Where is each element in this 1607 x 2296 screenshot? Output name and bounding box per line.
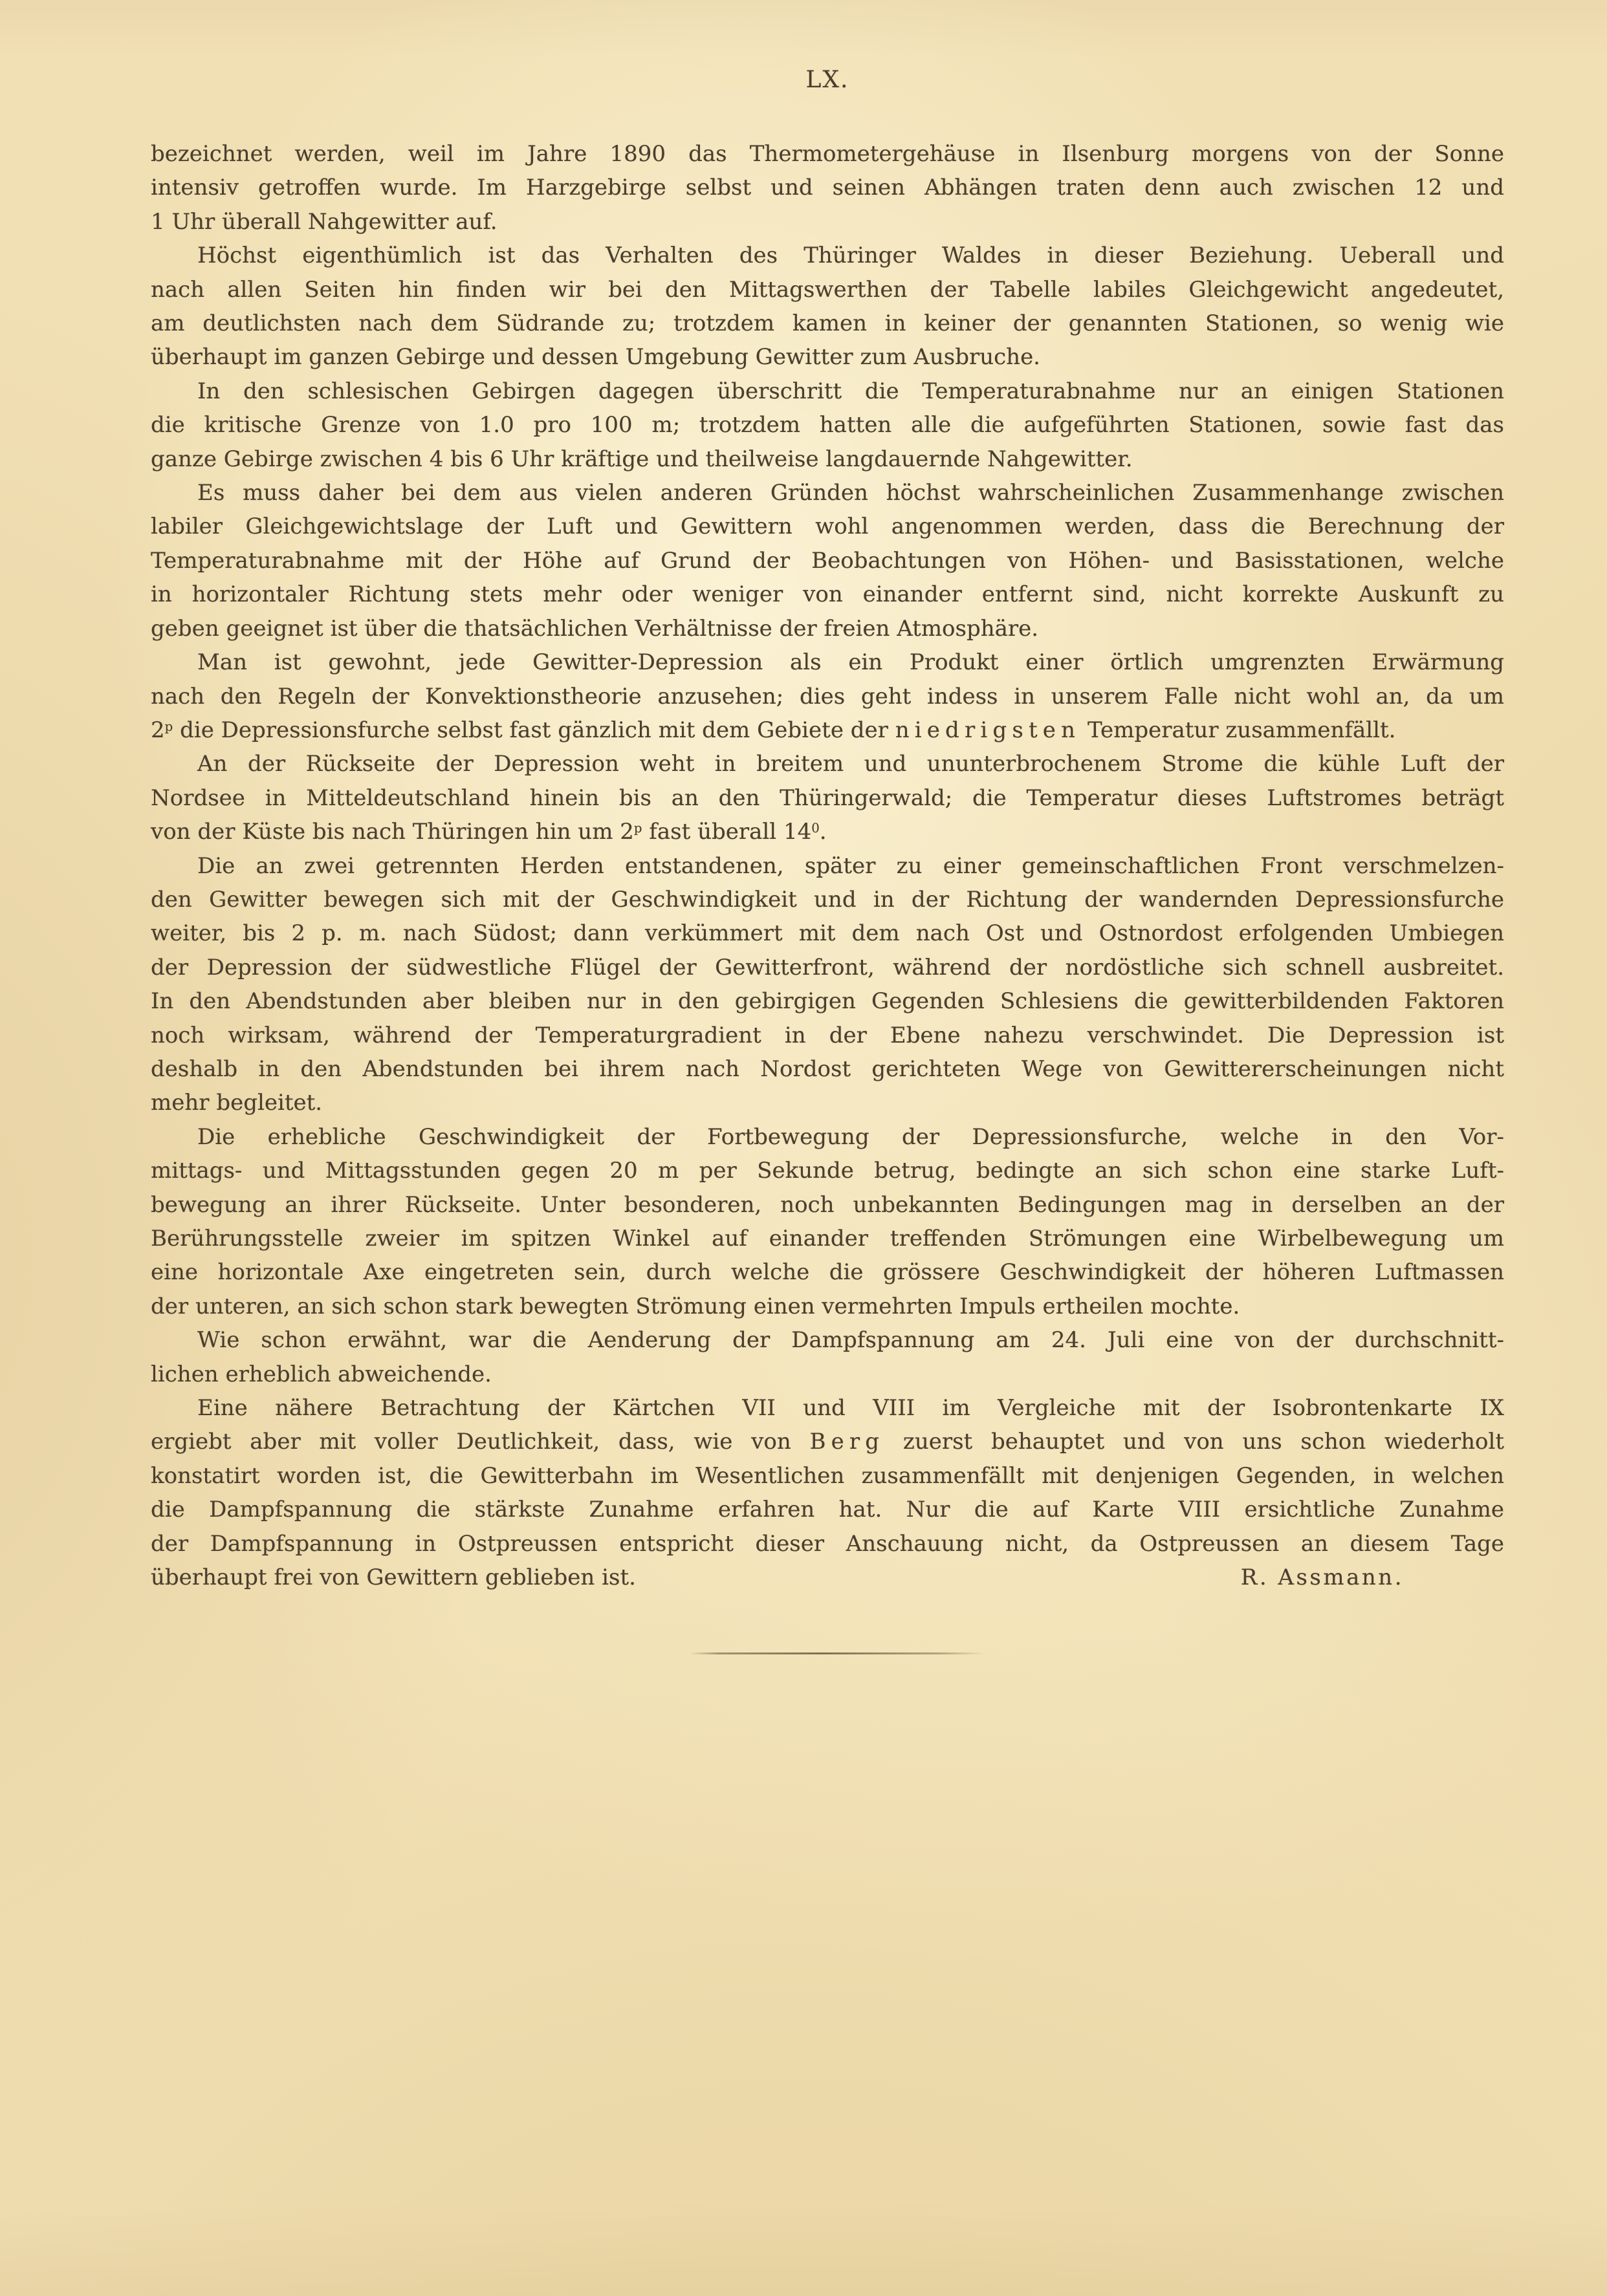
text-line: In den Abendstunden aber bleiben nur in … <box>151 984 1504 1018</box>
text-line: Man ist gewohnt, jede Gewitter-Depressio… <box>151 645 1504 679</box>
text-line: Nordsee in Mitteldeutschland hinein bis … <box>151 781 1504 815</box>
text-line: Es muss daher bei dem aus vielen anderen… <box>151 476 1504 510</box>
text-line: Temperaturabnahme mit der Höhe auf Grund… <box>151 544 1504 578</box>
separator-rule <box>690 1652 985 1654</box>
text-line: von der Küste bis nach Thüringen hin um … <box>151 815 1504 849</box>
paragraph: An der Rückseite der Depression weht in … <box>151 747 1504 849</box>
text-line: nach allen Seiten hin finden wir bei den… <box>151 273 1504 307</box>
text-line: labiler Gleichgewichtslage der Luft und … <box>151 510 1504 543</box>
paragraph: Es muss daher bei dem aus vielen anderen… <box>151 476 1504 645</box>
text-line: konstatirt worden ist, die Gewitterbahn … <box>151 1459 1504 1493</box>
text-line: am deutlichsten nach dem Südrande zu; tr… <box>151 307 1504 340</box>
paragraph: Man ist gewohnt, jede Gewitter-Depressio… <box>151 645 1504 747</box>
text-line: eine horizontale Axe eingetreten sein, d… <box>151 1255 1504 1289</box>
superscript: p <box>634 821 642 836</box>
text-line: der Depression der südwestliche Flügel d… <box>151 951 1504 984</box>
paragraph: Die an zwei getrennten Herden entstanden… <box>151 849 1504 1120</box>
text-line: die kritische Grenze von 1.0 pro 100 m; … <box>151 408 1504 442</box>
scanned-document-page: LX. bezeichnet werden, weil im Jahre 189… <box>0 0 1607 2296</box>
text-line: weiter, bis 2 p. m. nach Südost; dann ve… <box>151 916 1504 950</box>
text-line: An der Rückseite der Depression weht in … <box>151 747 1504 781</box>
paragraph: bezeichnet werden, weil im Jahre 1890 da… <box>151 137 1504 239</box>
paragraph: Die erhebliche Geschwindigkeit der Fortb… <box>151 1120 1504 1323</box>
text-line: den Gewitter bewegen sich mit der Geschw… <box>151 883 1504 916</box>
text-line: mittags- und Mittagsstunden gegen 20 m p… <box>151 1154 1504 1187</box>
text-line: 2p die Depressionsfurche selbst fast gän… <box>151 713 1504 747</box>
text-line: Die an zwei getrennten Herden entstanden… <box>151 849 1504 883</box>
text-line: die Dampfspannung die stärkste Zunahme e… <box>151 1493 1504 1526</box>
text-line: mehr begleitet. <box>151 1086 1504 1120</box>
text-line: in horizontaler Richtung stets mehr oder… <box>151 578 1504 611</box>
letterspaced-word: Berg <box>809 1429 884 1455</box>
paragraph: Höchst eigenthümlich ist das Verhalten d… <box>151 239 1504 374</box>
letterspaced-word: niedrigsten <box>895 717 1080 743</box>
superscript: p <box>165 719 173 734</box>
text-line: 1 Uhr überall Nahgewitter auf. <box>151 205 1504 239</box>
text-line: lichen erheblich abweichende. <box>151 1358 1504 1391</box>
text-line: deshalb in den Abendstunden bei ihrem na… <box>151 1052 1504 1086</box>
superscript: 0 <box>811 821 820 836</box>
page-number-header: LX. <box>151 67 1504 93</box>
text-line: In den schlesischen Gebirgen dagegen übe… <box>151 374 1504 408</box>
text-line: Die erhebliche Geschwindigkeit der Fortb… <box>151 1120 1504 1154</box>
text-line: der Dampfspannung in Ostpreussen entspri… <box>151 1527 1504 1561</box>
text-line: Höchst eigenthümlich ist das Verhalten d… <box>151 239 1504 272</box>
text-line: nach den Regeln der Konvektionstheorie a… <box>151 680 1504 713</box>
text-line: bezeichnet werden, weil im Jahre 1890 da… <box>151 137 1504 171</box>
text-line: ergiebt aber mit voller Deutlichkeit, da… <box>151 1425 1504 1458</box>
text-line: Wie schon erwähnt, war die Aenderung der… <box>151 1323 1504 1357</box>
text-line: Eine nähere Betrachtung der Kärtchen VII… <box>151 1391 1504 1425</box>
author-signature: R. Assmann. <box>1241 1561 1404 1594</box>
text-line: noch wirksam, während der Temperaturgrad… <box>151 1019 1504 1052</box>
text-line: ganze Gebirge zwischen 4 bis 6 Uhr kräft… <box>151 442 1504 476</box>
text-line: Berührungsstelle zweier im spitzen Winke… <box>151 1222 1504 1255</box>
text-line: der unteren, an sich schon stark bewegte… <box>151 1290 1504 1323</box>
text-line: bewegung an ihrer Rückseite. Unter beson… <box>151 1188 1504 1222</box>
text-line: intensiv getroffen wurde. Im Harzgebirge… <box>151 171 1504 204</box>
text-line: geben geeignet ist über die thatsächlich… <box>151 612 1504 645</box>
text-line: überhaupt im ganzen Gebirge und dessen U… <box>151 340 1504 374</box>
text-block: bezeichnet werden, weil im Jahre 1890 da… <box>151 137 1504 1594</box>
paragraph: Wie schon erwähnt, war die Aenderung der… <box>151 1323 1504 1391</box>
paragraph: In den schlesischen Gebirgen dagegen übe… <box>151 374 1504 476</box>
